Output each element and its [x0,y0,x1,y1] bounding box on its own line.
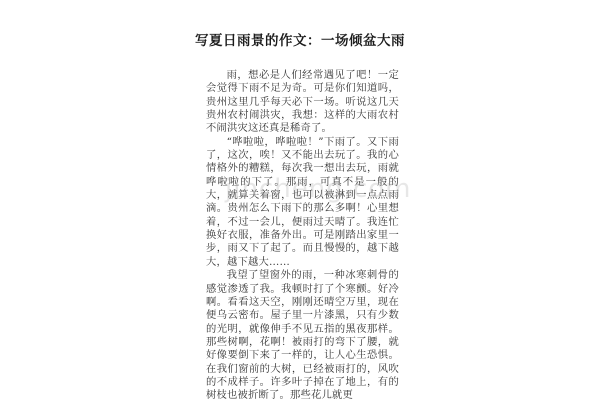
document-page: 写夏日雨景的作文：一场倾盆大雨 雨，想必是人们经常遇见了吧！一定会觉得下雨不足为… [0,0,600,400]
paragraph-1: 雨，想必是人们经常遇见了吧！一定会觉得下雨不足为奇。可是你们知道吗，贵州这里几乎… [206,69,399,136]
essay-body: 雨，想必是人们经常遇见了吧！一定会觉得下雨不足为奇。可是你们知道吗，贵州这里几乎… [206,69,399,400]
essay-title: 写夏日雨景的作文：一场倾盆大雨 [0,32,600,50]
paragraph-3: 我望了望窗外的雨，一种冰寒刺骨的感觉渗透了我。我顿时打了个寒颤。好冷啊。看看这天… [206,269,399,400]
paragraph-2: “哗啦啦，哗啦啦！”下雨了。又下雨了，这次，唉！又不能出去玩了。我的心情格外的糟… [206,136,399,269]
